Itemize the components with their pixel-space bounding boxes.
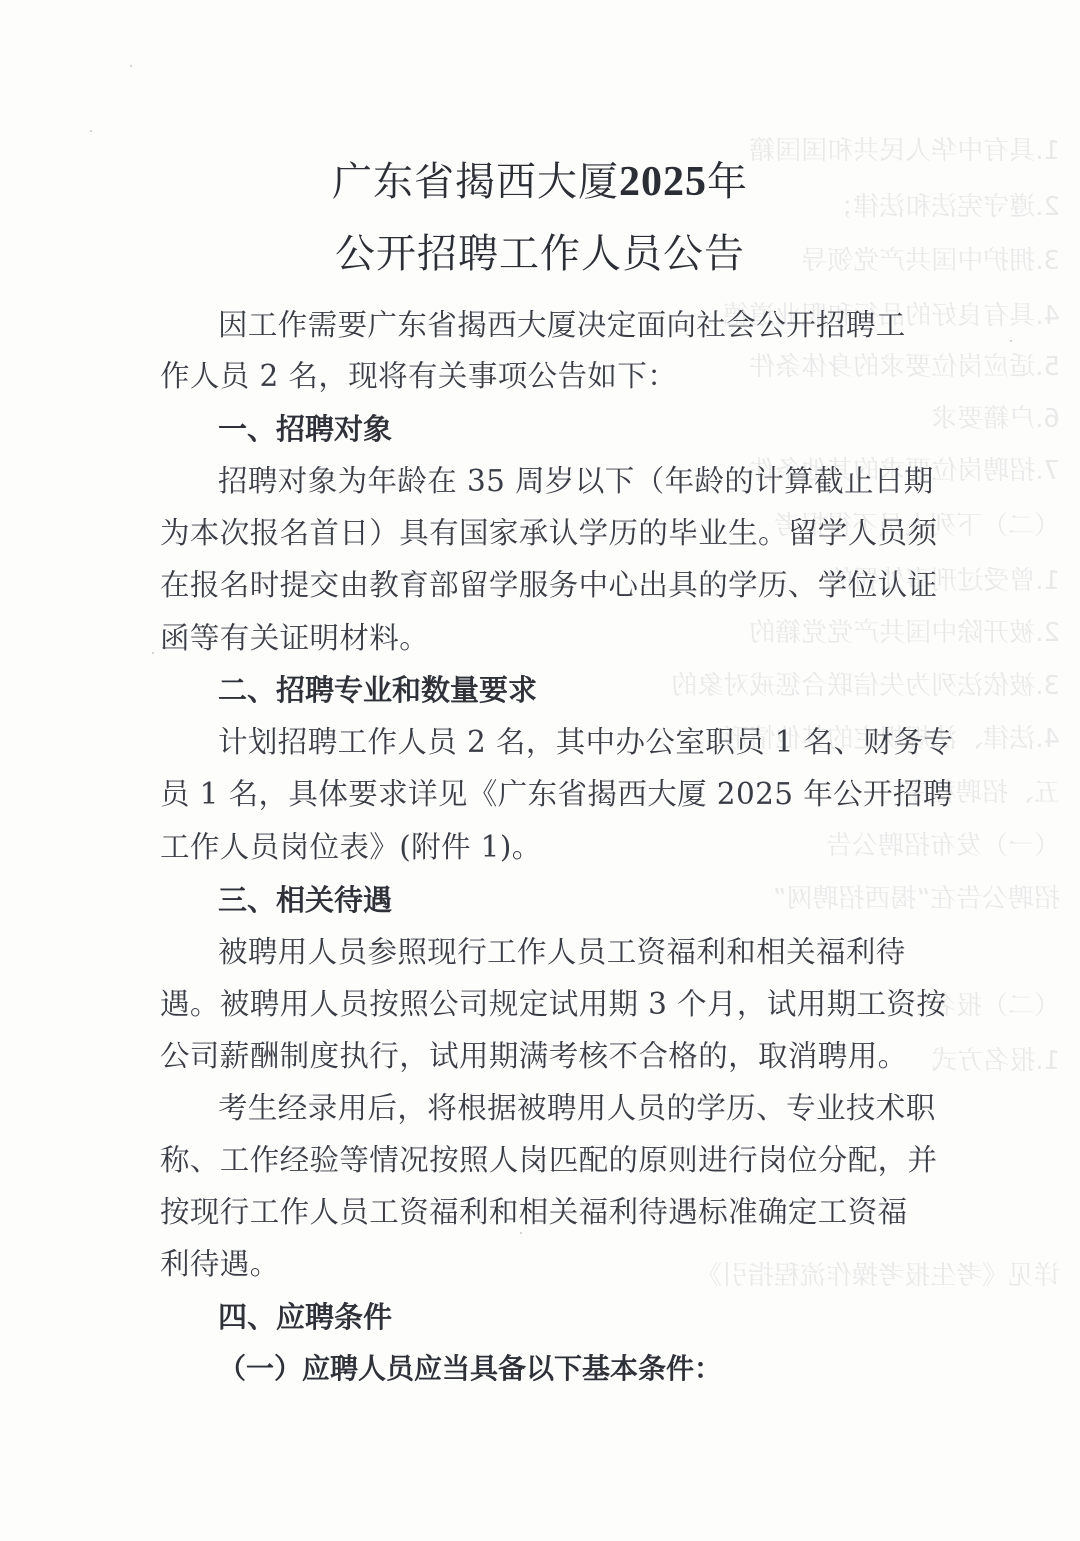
intro-line: 因工作需要广东省揭西大厦决定面向社会公开招聘工: [218, 307, 993, 343]
bleed-line: 6.户籍要求: [931, 398, 1060, 435]
intro-line: 作人员 2 名，现将有关事项公告如下：: [160, 358, 935, 394]
document-page: 1.具有中华人民共和国国籍 2.遵守宪法和法律； 3.拥护中国共产党领导 4.具…: [0, 0, 1080, 1541]
section-heading-requirements: 四、应聘条件: [218, 1299, 392, 1335]
title-suffix: 年: [707, 159, 748, 205]
paragraph-line: 函等有关证明材料。: [160, 620, 935, 656]
paragraph-line: 称、工作经验等情况按照人岗匹配的原则进行岗位分配，并: [160, 1142, 935, 1178]
paragraph-line: 为本次报名首日）具有国家承认学历的毕业生。留学人员须: [160, 515, 935, 551]
title-year: 2025: [619, 159, 707, 205]
bleed-line: 3.被依法列为失信联合惩戒对象的: [671, 665, 1060, 702]
document-title-line-2: 公开招聘工作人员公告: [0, 222, 1080, 279]
scan-speck: [1010, 340, 1012, 342]
paragraph-line: 利待遇。: [160, 1246, 935, 1282]
paragraph-line: 遇。被聘用人员按照公司规定试用期 3 个月，试用期工资按: [160, 986, 935, 1022]
scan-speck: [152, 652, 154, 654]
scan-speck: [520, 1232, 522, 1234]
paragraph-line: 员 1 名，具体要求详见《广东省揭西大厦 2025 年公开招聘: [160, 776, 935, 812]
title-prefix: 广东省揭西大厦: [332, 159, 619, 205]
paragraph-line: 计划招聘工作人员 2 名，其中办公室职员 1 名、财务专: [218, 724, 993, 760]
bleed-line: （二）报名: [930, 985, 1060, 1022]
paragraph-line: 招聘对象为年龄在 35 周岁以下（年龄的计算截止日期: [218, 463, 993, 499]
section-heading-recruitment-target: 一、招聘对象: [218, 411, 392, 447]
subsection-heading-basic-conditions: （一）应聘人员应当具备以下基本条件：: [218, 1351, 722, 1387]
bleed-line: 1.报名方式: [931, 1040, 1060, 1077]
paragraph-line: 在报名时提交由教育部留学服务中心出具的学历、学位认证: [160, 567, 935, 603]
section-heading-benefits: 三、相关待遇: [218, 882, 392, 918]
scan-speck: [90, 130, 92, 132]
paragraph-line: 按现行工作人员工资福利和相关福利待遇标准确定工资福: [160, 1194, 935, 1230]
paragraph-line: 考生经录用后，将根据被聘用人员的学历、专业技术职: [218, 1090, 993, 1126]
document-title-line-1: 广东省揭西大厦2025年: [0, 150, 1080, 207]
bleed-line: 招聘公告在“揭西招聘网”: [773, 878, 1060, 915]
paragraph-line: 公司薪酬制度执行，试用期满考核不合格的，取消聘用。: [160, 1038, 935, 1074]
scan-speck: [130, 65, 132, 67]
section-heading-majors-quantity: 二、招聘专业和数量要求: [218, 672, 537, 708]
paragraph-line: 工作人员岗位表》(附件 1)。: [160, 829, 935, 865]
paragraph-line: 被聘用人员参照现行工作人员工资福利和相关福利待: [218, 934, 993, 970]
